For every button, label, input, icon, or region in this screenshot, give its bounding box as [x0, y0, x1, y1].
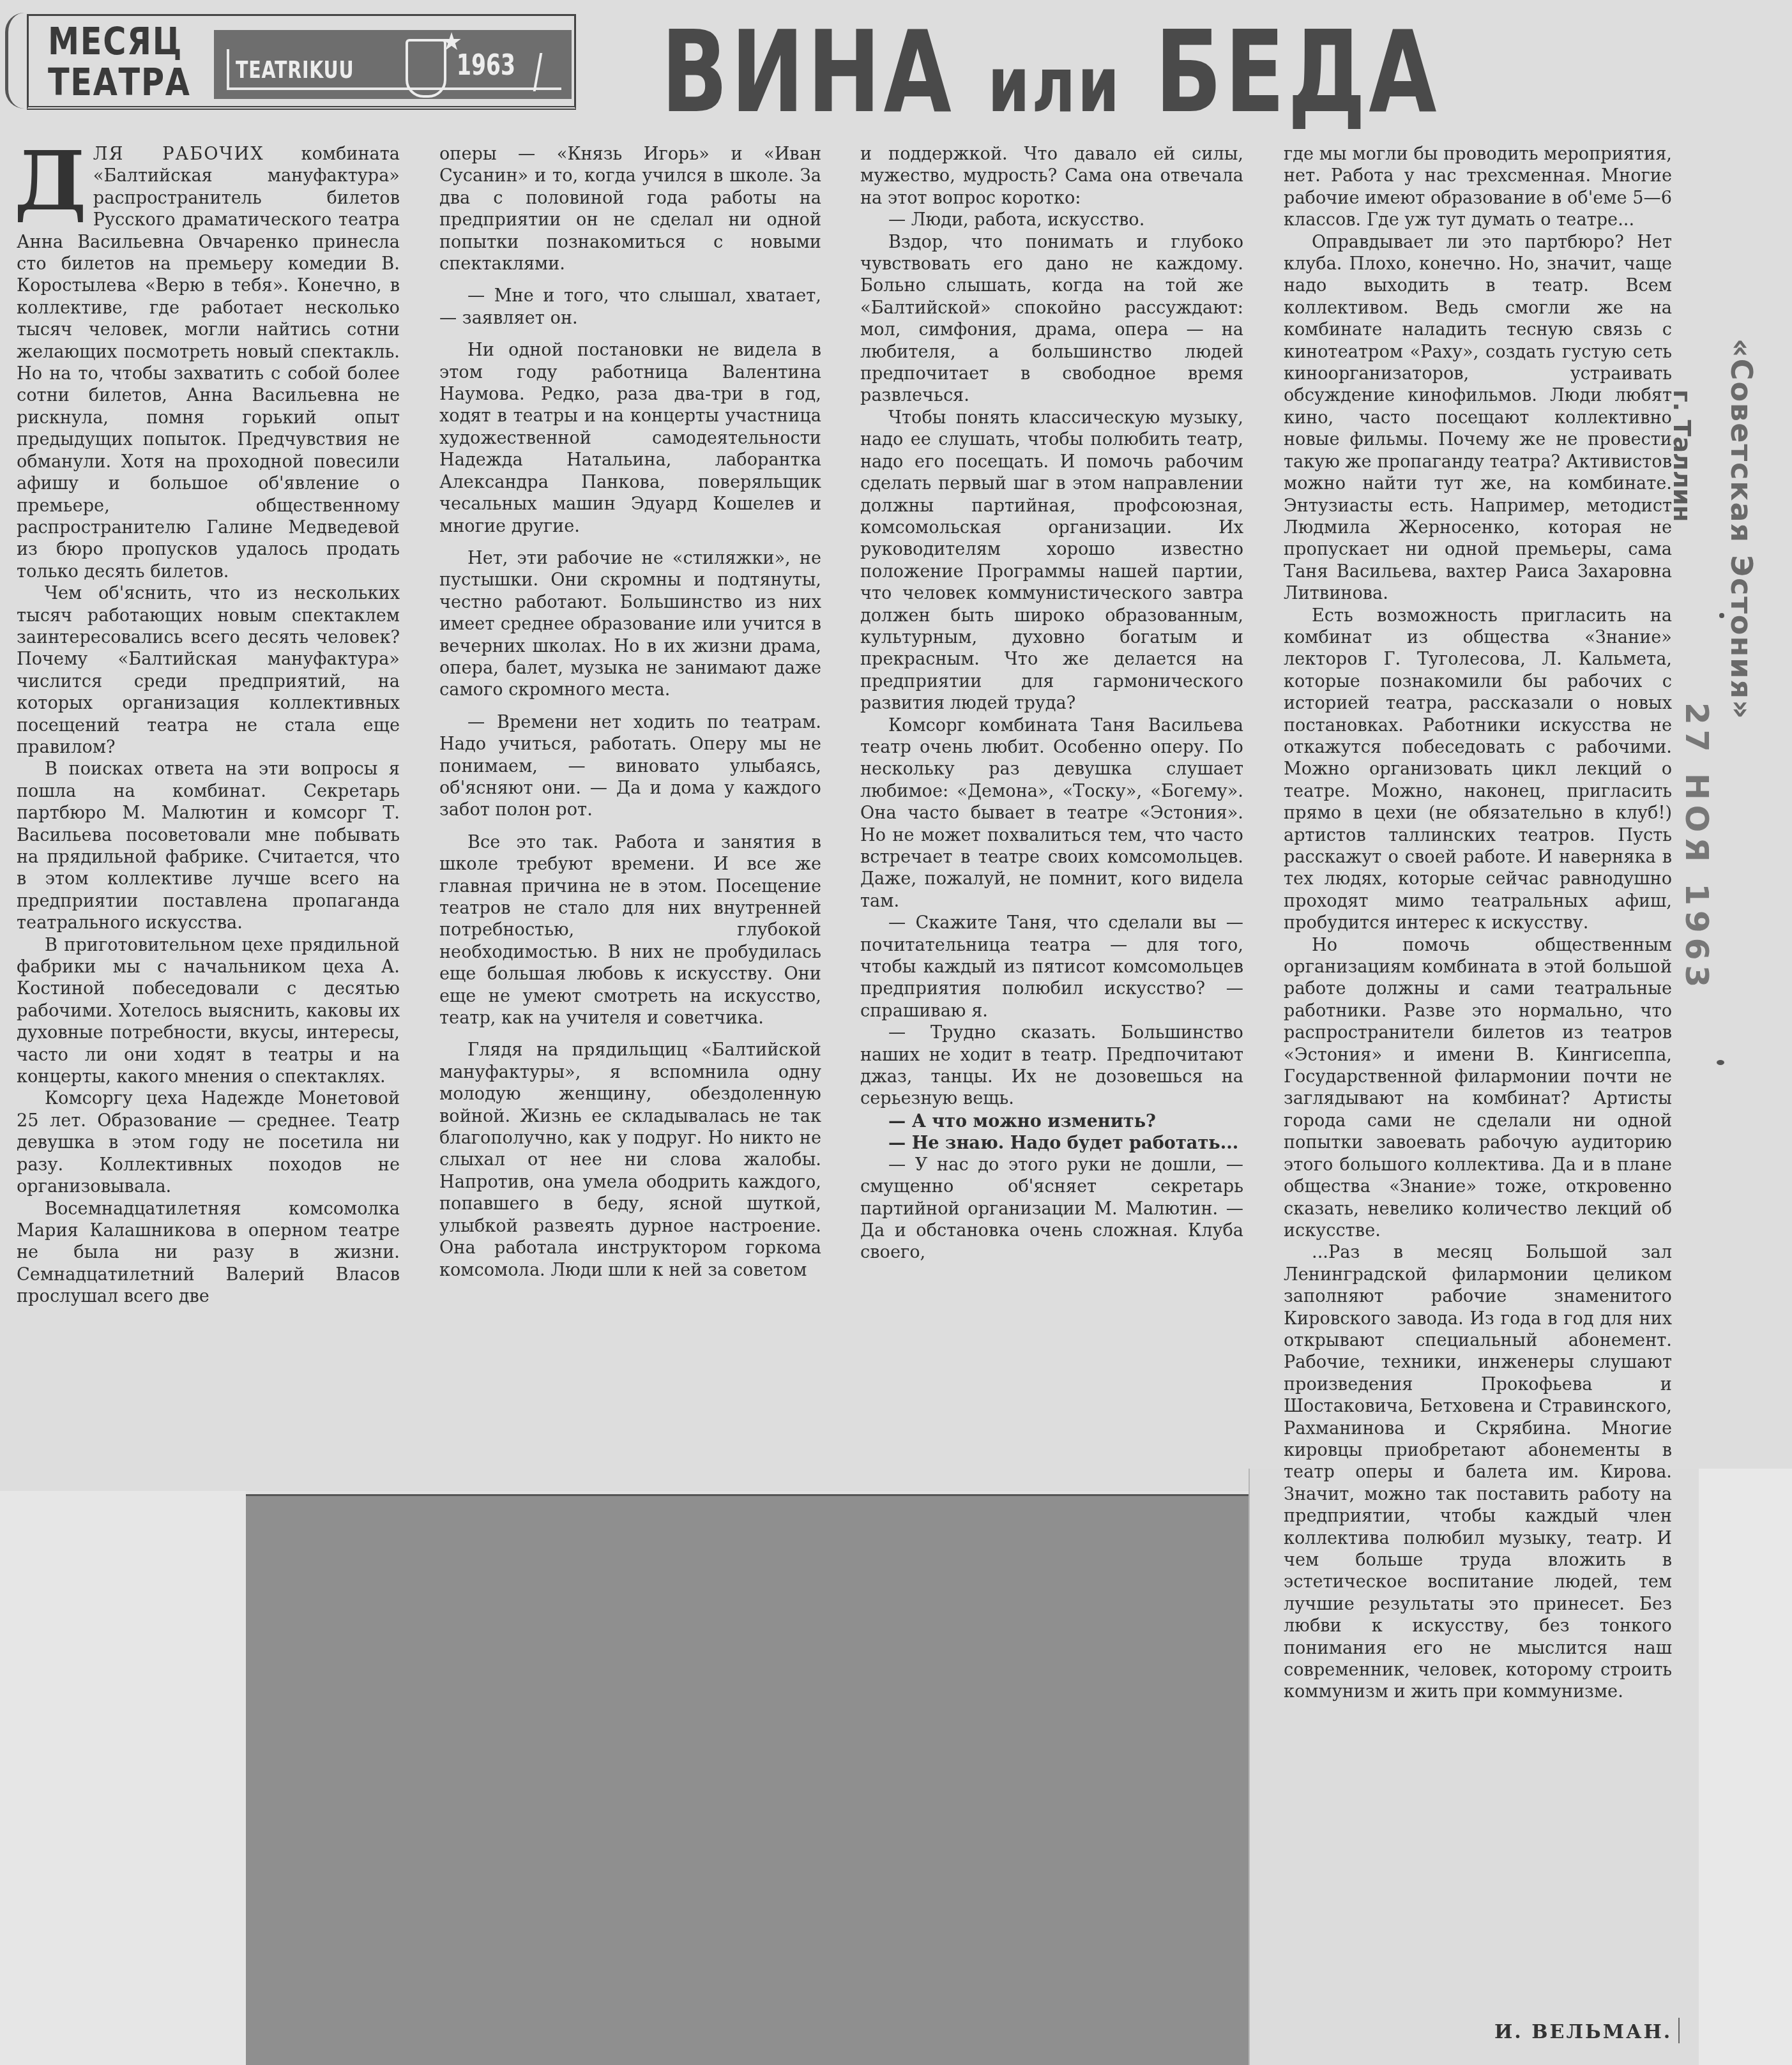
paragraph: Нет, эти рабочие не «стиляжки», не пусты…: [439, 548, 821, 702]
logo-year: 1963: [457, 49, 515, 82]
paragraph: ...Раз в месяц Большой зал Ленинградской…: [1284, 1242, 1672, 1704]
paragraph: Но помочь общественным организациям комб…: [1284, 935, 1672, 1243]
paragraph: оперы — «Князь Игорь» и «Иван Сусанин» и…: [439, 144, 821, 275]
rubric-box: МЕСЯЦ ТЕАТРА TEATRIKUU ★ 1963: [27, 14, 576, 110]
article-headline: ВИНА или БЕДА: [661, 17, 1439, 142]
stamp-city: г. Таллин: [1668, 390, 1696, 522]
paragraph: Вздор, что понимать и глубоко чувствоват…: [860, 232, 1243, 407]
headline-word2: или: [988, 41, 1121, 130]
backing-sheet-right: [1699, 1469, 1792, 2065]
backing-sheet-dark: [246, 1494, 1250, 2065]
headline-word1: ВИНА: [661, 7, 954, 138]
headline-word3: БЕДА: [1155, 7, 1439, 138]
paragraph: Ни одной постановки не видела в этом год…: [439, 340, 821, 538]
article-column-3: и поддержкой. Что давало ей силы, мужест…: [860, 144, 1243, 1264]
paragraph: В приготовительном цехе прядильной фабри…: [17, 935, 400, 1089]
paragraph-dialogue: — А что можно изменить?: [860, 1110, 1243, 1132]
paragraph-dialogue: — Не знаю. Надо будет работать...: [860, 1132, 1243, 1154]
teatrikuu-logo: TEATRIKUU ★ 1963: [214, 30, 572, 99]
paragraph-dialogue: — Времени нет ходить по театрам. Надо уч…: [439, 712, 821, 822]
author-signature: И. ВЕЛЬМАН.: [1494, 2021, 1672, 2043]
paragraph: Есть возможность пригласить на комбинат …: [1284, 605, 1672, 935]
stamp-dot: [1719, 613, 1724, 618]
stamp-date: 27 НОЯ 1963: [1678, 702, 1715, 992]
paragraph-dialogue: — Люди, работа, искусство.: [860, 209, 1243, 231]
stamp-newspaper-name: «Советская Эстония»: [1724, 338, 1759, 720]
lead-caps: ЛЯ РАБОЧИХ: [93, 144, 264, 164]
paragraph: Все это так. Работа и занятия в школе тр…: [439, 832, 821, 1030]
article-column-2: оперы — «Князь Игорь» и «Иван Сусанин» и…: [439, 144, 821, 1282]
backing-sheet-light: [0, 1491, 246, 2065]
rubric-title: МЕСЯЦ ТЕАТРА: [48, 21, 195, 103]
paragraph-dialogue: — У нас до этого руки не дошли, — смущен…: [860, 1154, 1243, 1264]
paragraph-dialogue: — Трудно сказать. Большинство наших не х…: [860, 1022, 1243, 1110]
paragraph: Глядя на прядильщиц «Балтийской мануфакт…: [439, 1040, 821, 1281]
paragraph: где мы могли бы проводить мероприятия, н…: [1284, 144, 1672, 232]
paragraph: В поисках ответа на эти вопросы я пошла …: [17, 759, 400, 934]
paragraph-dialogue: — Скажите Таня, что сделали вы — почитат…: [860, 912, 1243, 1022]
signature-rule: [1678, 2018, 1680, 2043]
paragraph: Чем об'яснить, что из нескольких тысяч р…: [17, 583, 400, 759]
drop-cap: Д: [14, 146, 87, 216]
paragraph: Комсорг комбината Таня Васильева театр о…: [860, 715, 1243, 913]
logo-text: TEATRIKUU: [236, 56, 354, 84]
article-column-4: где мы могли бы проводить мероприятия, н…: [1284, 144, 1672, 1704]
paragraph-dialogue: — Мне и того, что слышал, хватает, — зая…: [439, 285, 821, 329]
rubric-title-line1: МЕСЯЦ: [48, 21, 195, 62]
article-column-1: ДЛЯ РАБОЧИХ комбината «Балтийская мануфа…: [17, 144, 400, 1308]
stamp-dot: [1717, 1060, 1724, 1065]
rubric-title-line2: ТЕАТРА: [48, 62, 195, 103]
paragraph: и поддержкой. Что давало ей силы, мужест…: [860, 144, 1243, 209]
paragraph: Оправдывает ли это партбюро? Нет клуба. …: [1284, 232, 1672, 605]
paragraph: Восемнадцатилетняя комсомолка Мария Кала…: [17, 1199, 400, 1308]
paragraph: ДЛЯ РАБОЧИХ комбината «Балтийская мануфа…: [17, 144, 400, 583]
rubric-bracket: [5, 13, 27, 109]
paragraph: Комсоргу цеха Надежде Монетовой 25 лет. …: [17, 1088, 400, 1198]
paragraph: Чтобы понять классическую музыку, надо е…: [860, 407, 1243, 715]
